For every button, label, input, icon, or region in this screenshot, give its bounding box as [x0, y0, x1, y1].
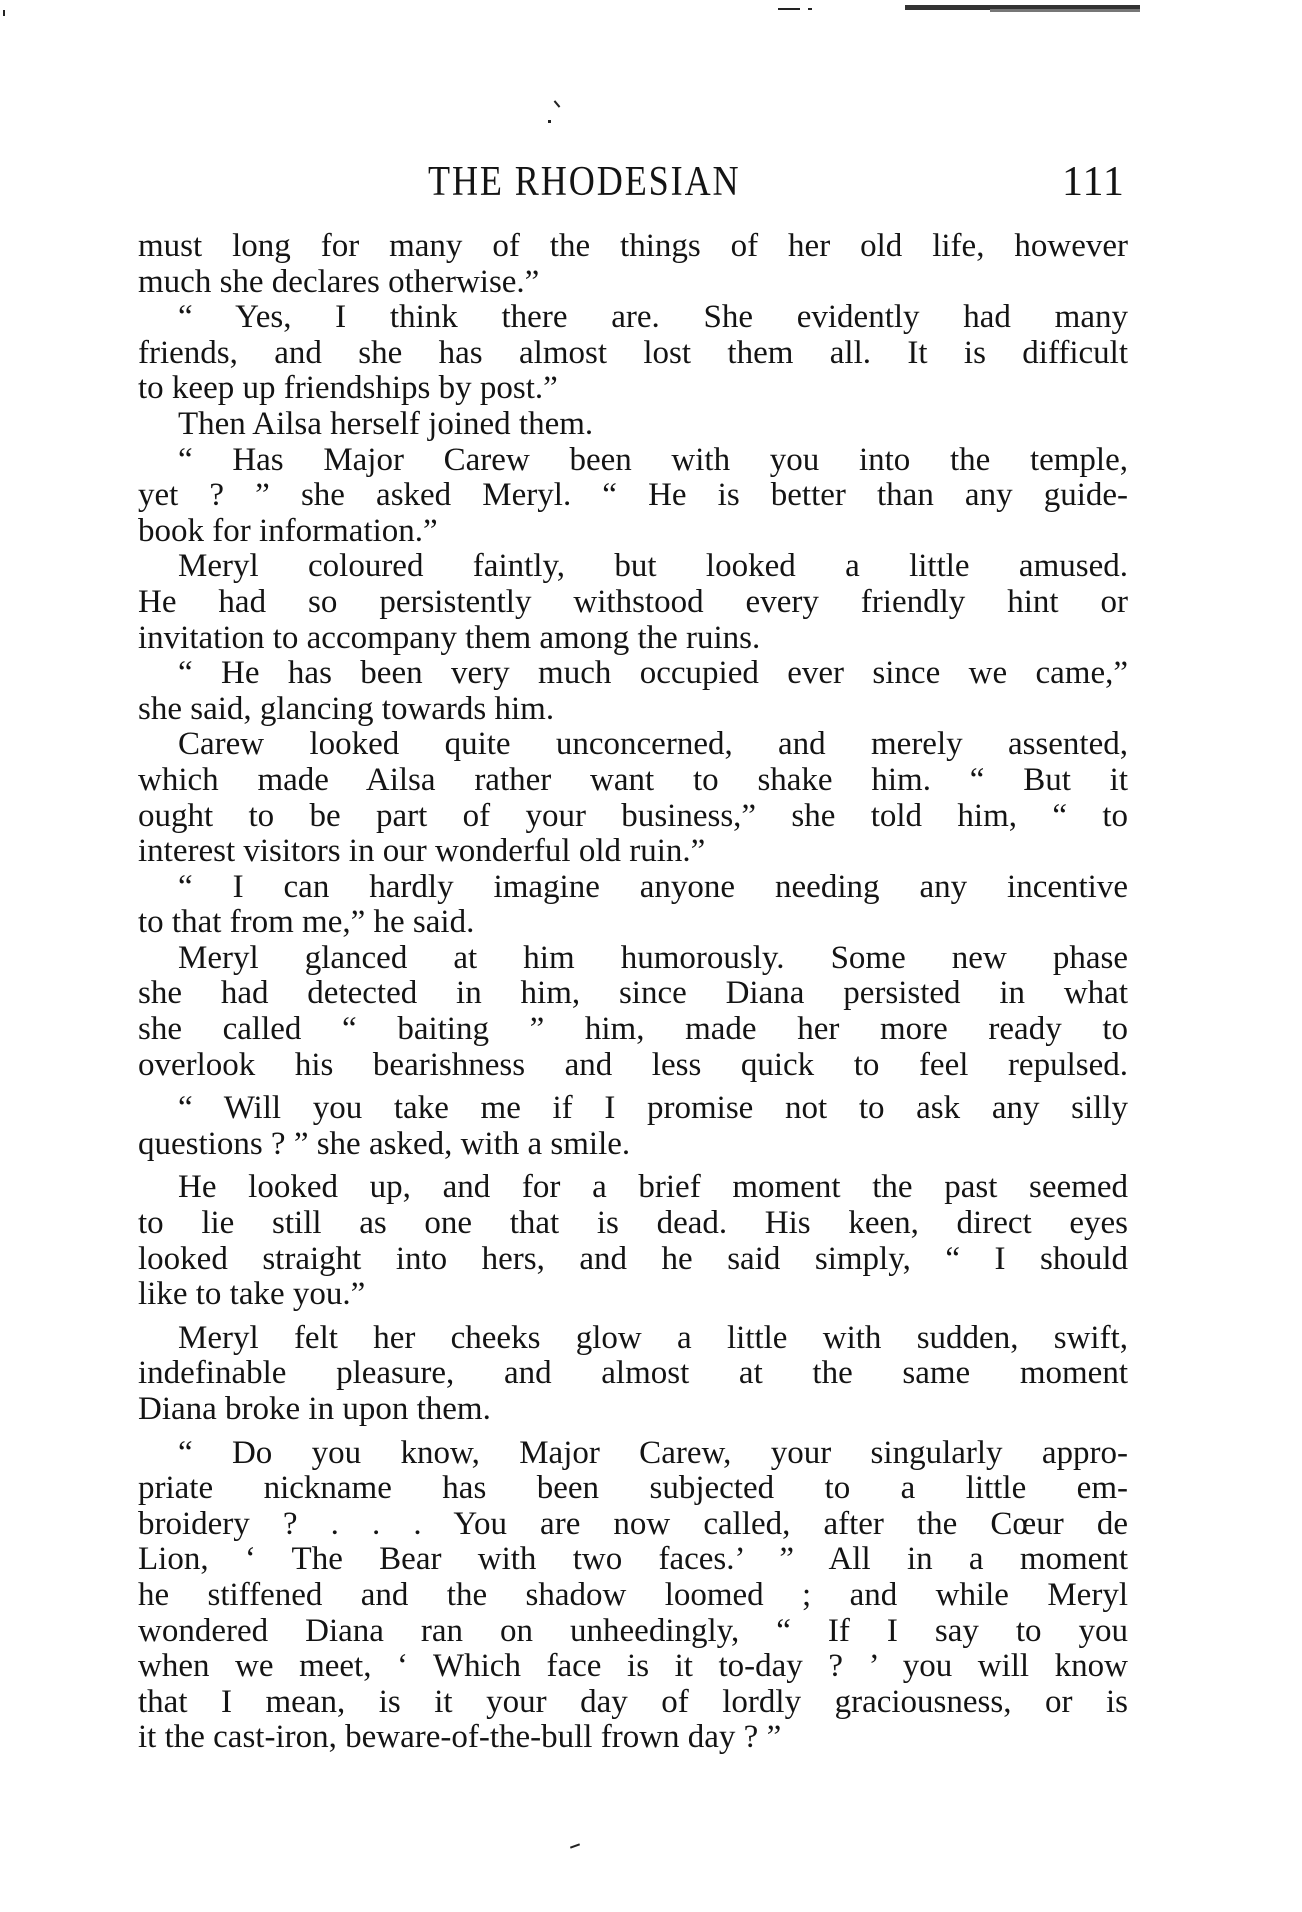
text-line: much she declares otherwise.” — [138, 265, 1128, 301]
text-line: wondered Diana ran on unheedingly, “ If … — [138, 1614, 1128, 1650]
text-line: that I mean, is it your day of lordly gr… — [138, 1685, 1128, 1721]
text-line: to keep up friendships by post.” — [138, 371, 1128, 407]
text-line: “ Will you take me if I promise not to a… — [138, 1091, 1128, 1127]
text-line: it the cast-iron, beware-of-the-bull fro… — [138, 1720, 1128, 1756]
running-head: THE RHODESIAN 111 — [0, 160, 1302, 204]
text-line: “ Do you know, Major Carew, your singula… — [138, 1436, 1128, 1472]
paragraph: Then Ailsa herself joined them. — [138, 407, 1128, 443]
text-line: Carew looked quite unconcerned, and mere… — [138, 727, 1128, 763]
paragraph: “ I can hardly imagine anyone needing an… — [138, 870, 1128, 941]
paragraph: must long for many of the things of her … — [138, 229, 1128, 300]
text-line: “ He has been very much occupied ever si… — [138, 656, 1128, 692]
text-line: to that from me,” he said. — [138, 905, 1128, 941]
text-line: looked straight into hers, and he said s… — [138, 1242, 1128, 1278]
text-line: Then Ailsa herself joined them. — [138, 407, 1128, 443]
paragraph: “ Do you know, Major Carew, your singula… — [138, 1436, 1128, 1756]
text-line: which made Ailsa rather want to shake hi… — [138, 763, 1128, 799]
text-line: overlook his bearishness and less quick … — [138, 1048, 1128, 1084]
text-line: Meryl glanced at him humorously. Some ne… — [138, 941, 1128, 977]
text-line: he stiffened and the shadow loomed ; and… — [138, 1578, 1128, 1614]
paragraph: Meryl felt her cheeks glow a little with… — [138, 1321, 1128, 1428]
paragraph: He looked up, and for a brief moment the… — [138, 1170, 1128, 1312]
text-line: book for information.” — [138, 514, 1128, 550]
page-number: 111 — [1062, 160, 1125, 204]
text-line: “ I can hardly imagine anyone needing an… — [138, 870, 1128, 906]
text-line: Meryl felt her cheeks glow a little with… — [138, 1321, 1128, 1357]
text-line: friends, and she has almost lost them al… — [138, 336, 1128, 372]
text-line: He looked up, and for a brief moment the… — [138, 1170, 1128, 1206]
paragraph: Meryl glanced at him humorously. Some ne… — [138, 941, 1128, 1083]
scan-speck — [554, 100, 561, 107]
text-line: Lion, ‘ The Bear with two faces.’ ” All … — [138, 1542, 1128, 1578]
running-head-title: THE RHODESIAN — [428, 160, 741, 204]
paragraph: “ Will you take me if I promise not to a… — [138, 1091, 1128, 1162]
text-line: she had detected in him, since Diana per… — [138, 976, 1128, 1012]
paragraph: “ Yes, I think there are. She evidently … — [138, 300, 1128, 407]
scan-edge-bar — [990, 9, 1140, 12]
text-line: invitation to accompany them among the r… — [138, 621, 1128, 657]
text-line: when we meet, ‘ Which face is it to-day … — [138, 1649, 1128, 1685]
body-text: must long for many of the things of her … — [138, 229, 1128, 1756]
text-line: “ Yes, I think there are. She evidently … — [138, 300, 1128, 336]
scan-speck — [570, 1843, 580, 1848]
book-page: THE RHODESIAN 111 must long for many of … — [0, 0, 1302, 1912]
text-line: must long for many of the things of her … — [138, 229, 1128, 265]
text-line: Meryl coloured faintly, but looked a lit… — [138, 549, 1128, 585]
text-line: to lie still as one that is dead. His ke… — [138, 1206, 1128, 1242]
scan-speck — [808, 8, 812, 10]
text-line: Diana broke in upon them. — [138, 1392, 1128, 1428]
text-line: broidery ? . . . You are now called, aft… — [138, 1507, 1128, 1543]
paragraph: Meryl coloured faintly, but looked a lit… — [138, 549, 1128, 656]
text-line: priate nickname has been subjected to a … — [138, 1471, 1128, 1507]
scan-speck — [548, 120, 551, 123]
paragraph: Carew looked quite unconcerned, and mere… — [138, 727, 1128, 869]
text-line: she said, glancing towards him. — [138, 692, 1128, 728]
text-line: yet ? ” she asked Meryl. “ He is better … — [138, 478, 1128, 514]
text-line: questions ? ” she asked, with a smile. — [138, 1127, 1128, 1163]
text-line: ought to be part of your business,” she … — [138, 799, 1128, 835]
scan-speck — [3, 10, 5, 16]
text-line: “ Has Major Carew been with you into the… — [138, 443, 1128, 479]
paragraph: “ Has Major Carew been with you into the… — [138, 443, 1128, 550]
scan-speck — [778, 8, 800, 10]
text-line: He had so persistently withstood every f… — [138, 585, 1128, 621]
text-line: she called “ baiting ” him, made her mor… — [138, 1012, 1128, 1048]
text-line: interest visitors in our wonderful old r… — [138, 834, 1128, 870]
paragraph: “ He has been very much occupied ever si… — [138, 656, 1128, 727]
text-line: like to take you.” — [138, 1277, 1128, 1313]
text-line: indefinable pleasure, and almost at the … — [138, 1356, 1128, 1392]
